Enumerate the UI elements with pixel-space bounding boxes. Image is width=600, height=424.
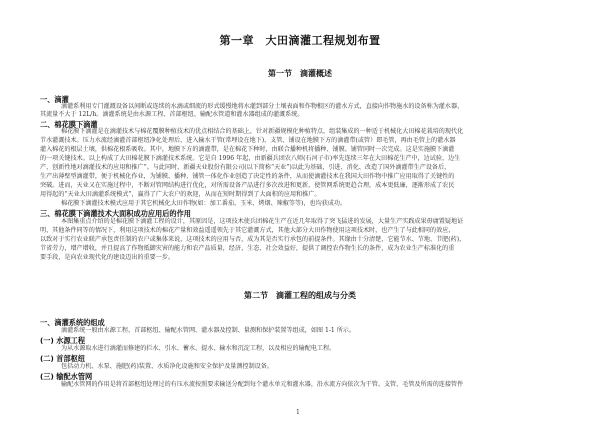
paragraph-line: 明，其他条件同等的情况下，利用这项技术的棉花产量和效益遥遥领先于其它灌溉方式，其…	[40, 227, 454, 235]
section-title-1: 第一节 滴灌概述	[0, 68, 600, 79]
paragraph-line: 滴灌系利用专门灌溉设备以间断或连续的水滴或细流的形式缓慢地将水灌到部分土壤表面和…	[61, 103, 463, 111]
paragraph-line: 的一项关键技术。以上构成了大田棉花膜下滴灌技术系统。它是自 1996 年起，由新…	[40, 155, 460, 163]
paragraph-line: 其流量不大于 12L/h。滴灌系统是由水源工程、首部枢纽、输配水管道和灌水器组成…	[40, 111, 303, 119]
paragraph-line: 包括动力机、水泵、施肥(药)装置、水质净化设施和安全保护及量测控制设备。	[61, 363, 273, 371]
paragraph-line: 灌入棉花的根层土壤，供棉花根系吸收。其中，地膜下方的滴灌带，是在棉花下种时，由联…	[40, 146, 454, 154]
paragraph-line: 滴灌系统一般由水源工程、首部枢纽、输配水管网、灌水器及控制、量测和保护装置等组成…	[61, 327, 355, 335]
paragraph-line: 输配水管网的作用是将首部枢纽处理过的有压水流按照要求输送分配到每个灌水单元和灌水…	[61, 381, 463, 389]
section-title-2: 第二节 滴灌工程的组成与分类	[0, 290, 600, 301]
document-page: 第一章 大田滴灌工程规划布置 第一节 滴灌概述 一、滴灌 滴灌系利用专门灌溉设备…	[0, 0, 600, 424]
chapter-title: 第一章 大田滴灌工程规划布置	[0, 32, 600, 48]
paragraph-line: 用得起的“天业大田滴灌系统模式”，赢得了广大农户的欢迎，从而在短时期得到了大面积…	[40, 191, 320, 199]
page-number: 1	[296, 409, 300, 416]
paragraph-line: 生产出薄壁型滴灌带，便于机械化作业，为铺膜、播种、铺管一体化作业创造了决定性的条…	[40, 173, 454, 181]
paragraph-line: 棉花膜下滴灌是在滴灌技术与棉花覆膜种植技术的优点相结合的基础上，针对新疆规模化种…	[61, 128, 463, 136]
paragraph-line: 要手段，是向农业现代化的建设迈出的重要一步。	[40, 254, 174, 262]
paragraph-line: 产，创新性地对滴灌技术的应用和推广”。与此同时，新疆天业股份有限公司(以下简称“…	[40, 164, 450, 172]
paragraph-line: 以致对于实行农业联产承包责任制的农户或集体来说，这项技术的应用与否，成为其是否实…	[40, 236, 465, 244]
paragraph-line: 棉花膜下滴灌技术模式应用于其它机械化大田作物(如：加工番茄、玉米、烤烟、辣椒等等…	[61, 200, 346, 208]
paragraph-line: 为从水源取水进行滴灌而修建的拦水、引水、蓄水、提水、输水和沉淀工程，以及相应的输…	[61, 345, 335, 353]
paragraph-line: 本图集重点介绍的是棉花膜下滴灌工程的设计，其原因是，这项技术使兵团棉花生产在近几…	[61, 218, 463, 226]
paragraph-line: 节省劳力，增产增收，并且提高了作物抵御灾害的能力和农产品质量，经济、生态、社会效…	[40, 245, 454, 253]
paragraph-line: 节水灌溉技术。压力水流经滴灌首部枢纽净化处理后，进入输水干管(常埋设在地下)、支…	[40, 137, 455, 145]
paragraph-line: 突破。进而，天业又在实施过程中，不断对管网结构进行优化，对所需设备产品进行多次改…	[40, 182, 454, 190]
